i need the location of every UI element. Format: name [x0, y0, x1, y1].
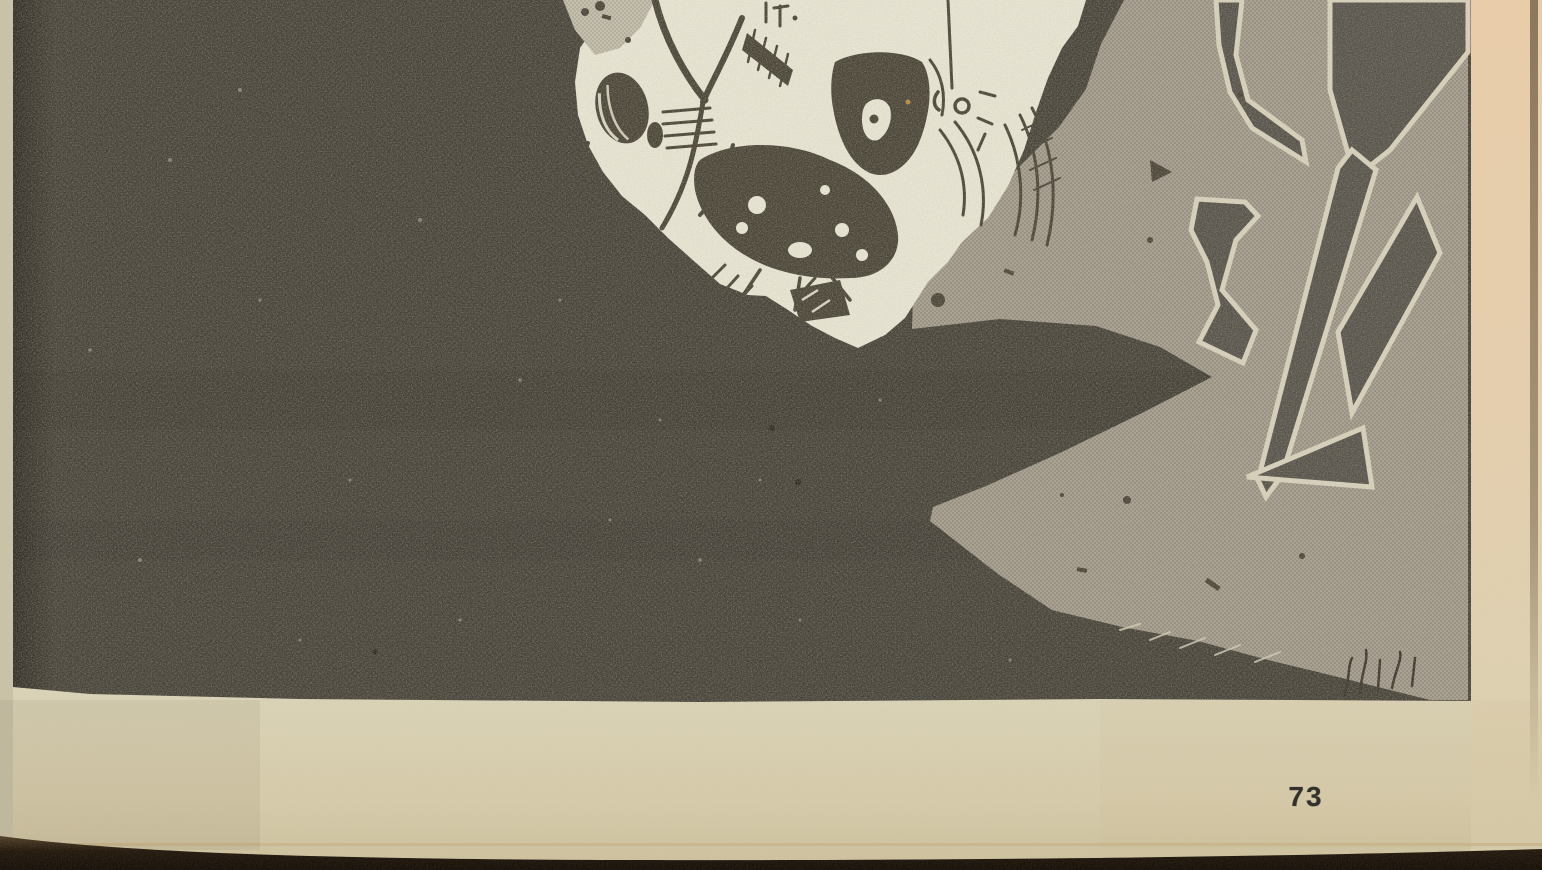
- page-number: 73: [1279, 781, 1333, 813]
- page-scan-artwork: [0, 0, 1542, 870]
- paper-grain: [0, 0, 1542, 870]
- scanned-page: 73: [0, 0, 1542, 870]
